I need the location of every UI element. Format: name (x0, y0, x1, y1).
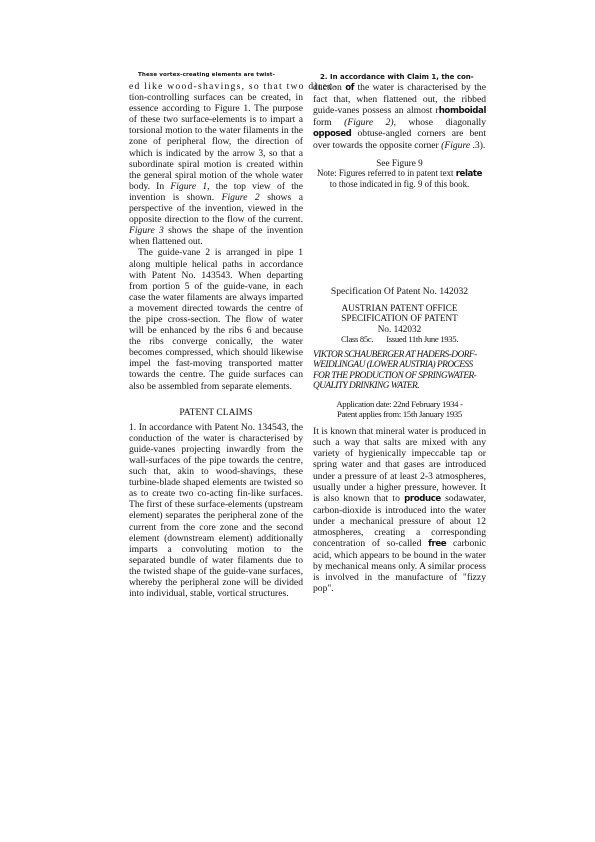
claim-2: duction of the water is characterised by… (313, 82, 486, 152)
claims-heading: PATENT CLAIMS (129, 407, 303, 418)
paragraph-line: ed like wood-shavings, so that two direc… (129, 81, 303, 92)
figure-note: Note: Figures referred to in patent text… (313, 168, 486, 189)
right-column: 2. In accordance with Claim 1, the con- … (313, 72, 486, 595)
patent-office-block: AUSTRIAN PATENT OFFICE SPECIFICATION OF … (313, 303, 486, 335)
header-fragment: These vortex-creating elements are twist… (138, 72, 303, 79)
patent-body-paragraph: It is known that mineral water is produc… (313, 426, 486, 594)
guide-vane-paragraph: The guide-vane 2 is arranged in pipe 1 a… (129, 247, 303, 391)
class-issued-line: Class 85c. Issued 11th June 1935. (313, 334, 486, 345)
left-column: These vortex-creating elements are twist… (129, 72, 303, 599)
figure-ref: Figure 1, (170, 181, 209, 192)
see-figure-note: See Figure 9 (313, 158, 486, 169)
patent-dates: Application date: 22nd February 1934 - P… (313, 399, 486, 420)
specification-title: Specification Of Patent No. 142032 (313, 286, 486, 297)
description-paragraph: tion-controlling surfaces can be created… (129, 92, 303, 247)
claim-2-heading: 2. In accordance with Claim 1, the con- (320, 72, 486, 82)
figure-ref: Figure 2 (222, 192, 260, 203)
figure-ref: Figure 3 (129, 225, 164, 236)
claim-1: 1. In accordance with Patent No. 134543,… (129, 422, 303, 600)
patent-title: VIKTOR SCHAUBERGER AT HADERS-DORF-WEIDLI… (313, 350, 486, 392)
